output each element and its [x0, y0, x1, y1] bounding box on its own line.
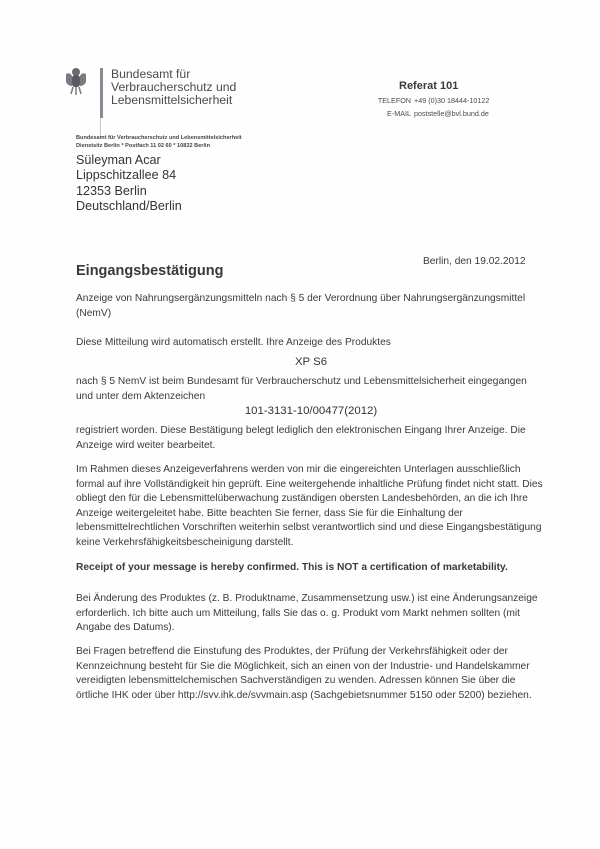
changes-paragraph: Bei Änderung des Produktes (z. B. Produk… — [76, 592, 546, 636]
federal-eagle-icon — [64, 66, 88, 96]
contact-block: TELEFON+49 (0)30 18444-10122 E-MAILposts… — [365, 94, 489, 120]
email-address[interactable]: poststelle@bvl.bund.de — [414, 109, 489, 118]
letter-date: Berlin, den 19.02.2012 — [423, 256, 526, 267]
english-notice: Receipt of your message is hereby confir… — [76, 561, 546, 576]
agency-name: Bundesamt für Verbraucherschutz und Lebe… — [111, 68, 236, 107]
procedure-paragraph: Im Rahmen dieses Anzeigeverfahrens werde… — [76, 463, 546, 551]
phone-number: +49 (0)30 18444-10122 — [414, 96, 489, 105]
phone-row: TELEFON+49 (0)30 18444-10122 — [365, 94, 489, 107]
sender-line-2: Dienstsitz Berlin * Postfach 11 02 60 * … — [76, 142, 242, 150]
sender-line-1: Bundesamt für Verbraucherschutz und Lebe… — [76, 134, 242, 142]
department: Referat 101 — [399, 80, 458, 92]
registered-paragraph: registriert worden. Diese Bestätigung be… — [76, 424, 546, 453]
recipient-region: Deutschland/Berlin — [76, 199, 182, 214]
recipient-street: Lippschitzallee 84 — [76, 168, 182, 183]
email-label: E-MAIL — [365, 107, 411, 120]
recipient-name: Süleyman Acar — [76, 153, 182, 168]
recipient-city: 12353 Berlin — [76, 184, 182, 199]
email-row: E-MAILpoststelle@bvl.bund.de — [365, 107, 489, 120]
agency-line: Lebensmittelsicherheit — [111, 94, 236, 107]
page-title: Eingangsbestätigung — [76, 263, 223, 279]
file-number: 101-3131-10/00477(2012) — [76, 405, 546, 417]
product-name: XP S6 — [76, 356, 546, 368]
received-paragraph: nach § 5 NemV ist beim Bundesamt für Ver… — [76, 375, 546, 404]
intro-paragraph: Diese Mitteilung wird automatisch erstel… — [76, 336, 546, 351]
phone-label: TELEFON — [365, 94, 411, 107]
questions-paragraph: Bei Fragen betreffend die Einstufung des… — [76, 645, 546, 703]
letterhead-divider — [100, 68, 103, 118]
sender-line: Bundesamt für Verbraucherschutz und Lebe… — [76, 134, 242, 150]
subject-paragraph: Anzeige von Nahrungsergänzungsmitteln na… — [76, 292, 546, 321]
recipient-address: Süleyman Acar Lippschitzallee 84 12353 B… — [76, 153, 182, 214]
